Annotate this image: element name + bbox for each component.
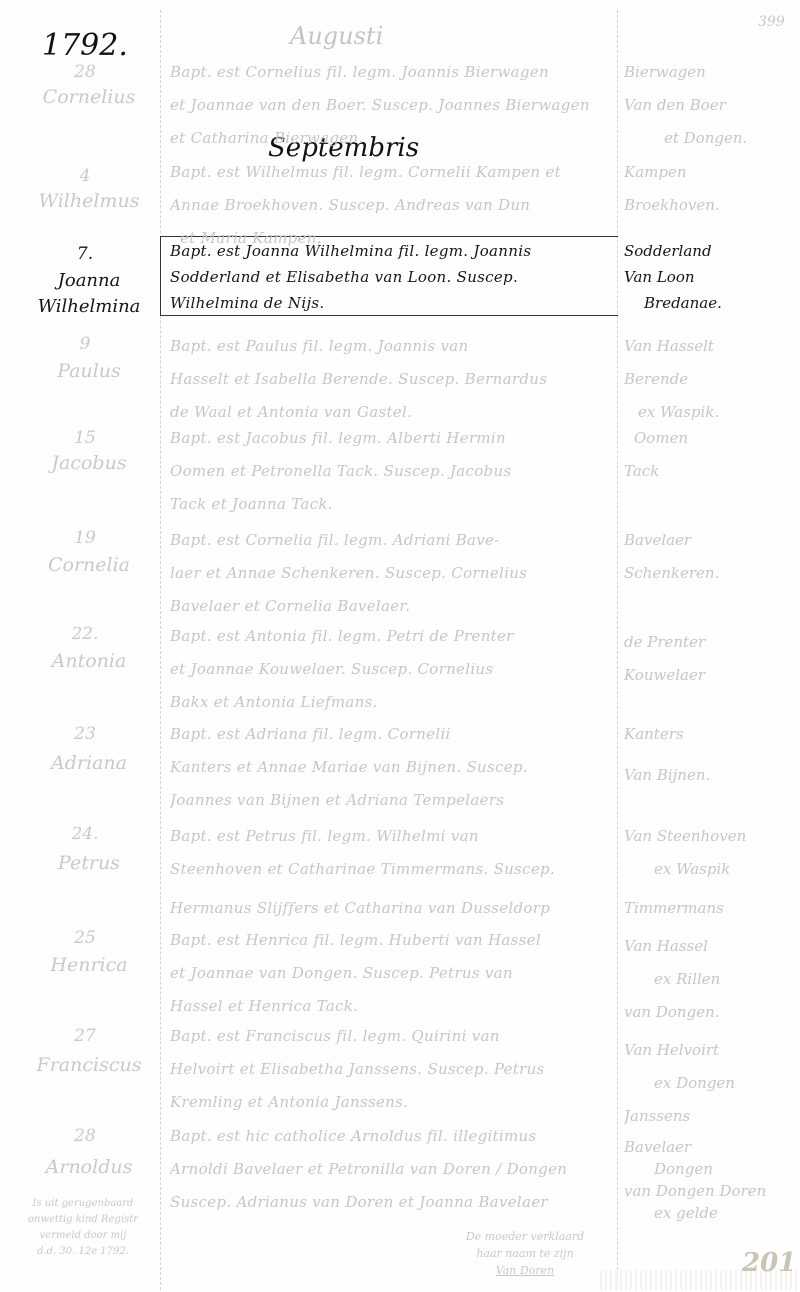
entry-line: Arnoldi Bavelaer et Petronilla van Doren… <box>170 1153 615 1186</box>
entry-line: Bapt. est Petrus fil. legm. Wilhelmi van <box>170 820 615 853</box>
entry-child-name: Henrica <box>20 954 158 976</box>
margin-line: Bavelaer <box>624 524 796 557</box>
entry-child-name: Franciscus <box>20 1054 158 1076</box>
margin-line: van Dongen Doren <box>624 1180 796 1202</box>
entry-line: Bapt. est Joanna Wilhelmina fil. legm. J… <box>170 238 615 264</box>
register-year: 1792. <box>42 28 128 63</box>
margin-line: Schenkeren. <box>624 557 796 590</box>
entry-line: Bapt. est Cornelius fil. legm. Joannis B… <box>170 56 615 89</box>
margin-line: van Dongen. <box>624 996 796 1029</box>
margin-line: Berende <box>624 363 796 396</box>
entry-date: 28 <box>30 62 140 82</box>
entry-line: et Joannae van den Boer. Suscep. Joannes… <box>170 89 615 122</box>
register-page: 1792. 399 Augusti Septembris 28 Corneliu… <box>0 0 800 1292</box>
right-column-rule <box>617 10 618 1290</box>
margin-line: Van Steenhoven <box>624 820 796 853</box>
entry-line: Bavelaer et Cornelia Bavelaer. <box>170 590 615 623</box>
margin-line: Van Loon <box>624 264 796 290</box>
entry-date: 28 <box>30 1126 140 1146</box>
entry-line: Bapt. est Adriana fil. legm. Cornelii <box>170 718 615 751</box>
margin-line: ex gelde <box>624 1202 796 1224</box>
margin-line: Bavelaer <box>624 1136 796 1158</box>
entry-child-name: Cornelius <box>20 86 158 108</box>
page-number: 399 <box>758 14 785 30</box>
entry-date: 27 <box>30 1026 140 1046</box>
entry-date: 25 <box>30 928 140 948</box>
entry-child-name: Adriana <box>20 752 158 774</box>
entry-child-name: Cornelia <box>20 554 158 576</box>
entry-line: Steenhoven et Catharinae Timmermans. Sus… <box>170 853 615 886</box>
entry-line: Bapt. est Jacobus fil. legm. Alberti Her… <box>170 422 615 455</box>
margin-line: Timmermans <box>624 892 796 925</box>
entry-line: Bapt. est Henrica fil. legm. Huberti van… <box>170 924 615 957</box>
entry-date: 4 <box>30 166 140 186</box>
month-heading-august: Augusti <box>290 22 383 50</box>
note-line: vermeld door mij <box>8 1228 158 1244</box>
margin-line: ex Dongen <box>624 1067 796 1100</box>
margin-line: Janssens <box>624 1100 796 1133</box>
entry-line: Bapt. est Paulus fil. legm. Joannis van <box>170 330 615 363</box>
margin-line: Van Helvoirt <box>624 1034 796 1067</box>
entry-line: Suscep. Adrianus van Doren et Joanna Bav… <box>170 1186 615 1219</box>
entry-child-name: Jacobus <box>20 452 158 474</box>
signature: Van Doren <box>440 1262 610 1279</box>
civil-registration-note: Is uit gerugenbaard onwettig kind Regist… <box>8 1196 158 1260</box>
note-line: d.d. 30. 12e 1792. <box>8 1244 158 1260</box>
margin-line: de Prenter <box>624 626 796 659</box>
margin-line: Kanters <box>624 718 796 751</box>
entry-line: et Joannae Kouwelaer. Suscep. Cornelius <box>170 653 615 686</box>
left-column-rule <box>160 10 161 1290</box>
entry-line: Oomen et Petronella Tack. Suscep. Jacobu… <box>170 455 615 488</box>
entry-date: 15 <box>30 428 140 448</box>
note-line: De moeder verklaard <box>440 1228 610 1245</box>
margin-line: Broekhoven. <box>624 189 796 222</box>
entry-line: et Catharina Bierwagen. <box>170 122 615 155</box>
entry-line: Joannes van Bijnen et Adriana Tempelaers <box>170 784 615 817</box>
note-line: onwettig kind Registr <box>8 1212 158 1228</box>
entry-child-name: Antonia <box>20 650 158 672</box>
margin-line: Bredanae. <box>624 290 796 316</box>
margin-line: Van Hasselt <box>624 330 796 363</box>
entry-line: Bakx et Antonia Liefmans. <box>170 686 615 719</box>
entry-line: Tack et Joanna Tack. <box>170 488 615 521</box>
entry-line: Bapt. est Wilhelmus fil. legm. Cornelii … <box>170 156 615 189</box>
entry-child-name: Paulus <box>20 360 158 382</box>
entry-child-name: Joanna Wilhelmina <box>20 268 158 320</box>
note-line: haar naam te zijn <box>440 1245 610 1262</box>
entry-line: Helvoirt et Elisabetha Janssens. Suscep.… <box>170 1053 615 1086</box>
entry-line: Kanters et Annae Mariae van Bijnen. Susc… <box>170 751 615 784</box>
margin-line: Dongen <box>624 1158 796 1180</box>
entry-line: Hasselt et Isabella Berende. Suscep. Ber… <box>170 363 615 396</box>
entry-child-name: Wilhelmus <box>20 190 158 212</box>
entry-child-name: Petrus <box>20 852 158 874</box>
margin-line: Oomen <box>624 422 796 455</box>
entry-line: Bapt. est Franciscus fil. legm. Quirini … <box>170 1020 615 1053</box>
entry-child-name: Arnoldus <box>20 1156 158 1178</box>
margin-line: Van Hassel <box>624 930 796 963</box>
margin-line: ex Rillen <box>624 963 796 996</box>
margin-line: Kampen <box>624 156 796 189</box>
margin-line: et Dongen. <box>624 122 796 155</box>
margin-line: Van Bijnen. <box>624 759 796 792</box>
folio-number: 201 <box>742 1248 796 1278</box>
margin-line: Kouwelaer <box>624 659 796 692</box>
entry-line: Bapt. est hic catholice Arnoldus fil. il… <box>170 1120 615 1153</box>
margin-line: Sodderland <box>624 238 796 264</box>
entry-date: 22. <box>30 624 140 644</box>
entry-line: Wilhelmina de Nijs. <box>170 290 615 316</box>
entry-line: Bapt. est Antonia fil. legm. Petri de Pr… <box>170 620 615 653</box>
margin-line: Bierwagen <box>624 56 796 89</box>
entry-date: 23 <box>30 724 140 744</box>
margin-line: Tack <box>624 455 796 488</box>
entry-date: 7. <box>30 244 140 264</box>
mother-declaration-note: De moeder verklaard haar naam te zijn Va… <box>440 1228 610 1279</box>
entry-line: Kremling et Antonia Janssens. <box>170 1086 615 1119</box>
entry-line: et Joannae van Dongen. Suscep. Petrus va… <box>170 957 615 990</box>
entry-line: laer et Annae Schenkeren. Suscep. Cornel… <box>170 557 615 590</box>
entry-line: Sodderland et Elisabetha van Loon. Susce… <box>170 264 615 290</box>
entry-line: Annae Broekhoven. Suscep. Andreas van Du… <box>170 189 615 222</box>
entry-date: 19 <box>30 528 140 548</box>
note-line: Is uit gerugenbaard <box>8 1196 158 1212</box>
margin-line: Van den Boer <box>624 89 796 122</box>
entry-line: Hassel et Henrica Tack. <box>170 990 615 1023</box>
entry-line: Bapt. est Cornelia fil. legm. Adriani Ba… <box>170 524 615 557</box>
entry-date: 24. <box>30 824 140 844</box>
entry-line: Hermanus Slijffers et Catharina van Duss… <box>170 892 615 925</box>
entry-date: 9 <box>30 334 140 354</box>
margin-line: ex Waspik <box>624 853 796 886</box>
